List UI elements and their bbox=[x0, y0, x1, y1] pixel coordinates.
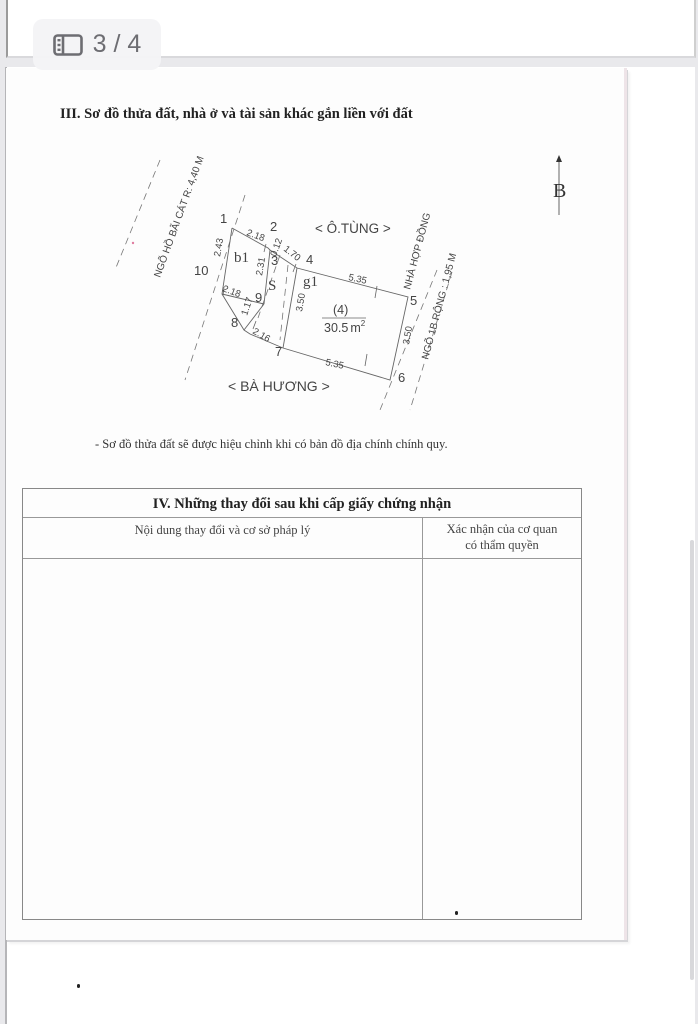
parcel-number: (4) bbox=[333, 303, 348, 317]
column-header-confirmation-line2: có thẩm quyền bbox=[423, 537, 581, 553]
column-header-content: Nội dung thay đổi và cơ sở pháp lý bbox=[23, 517, 423, 559]
point-1: 1 bbox=[220, 211, 227, 226]
parcel-area: 30.5m2 bbox=[324, 319, 366, 335]
point-9: 9 bbox=[255, 290, 262, 305]
zone-s: S bbox=[268, 278, 276, 294]
street-label-left: NGÕ HỒ BÃI CÁT R: 4,40 M bbox=[151, 154, 207, 279]
scrollbar[interactable] bbox=[690, 540, 694, 980]
diagram-footnote: - Sơ đồ thửa đất sẽ được hiệu chỉnh khi … bbox=[95, 437, 448, 452]
point-7: 7 bbox=[275, 344, 282, 359]
dim-1-2: 2.18 bbox=[245, 227, 266, 244]
column-header-confirmation: Xác nhận của cơ quan có thẩm quyền bbox=[423, 517, 581, 559]
street-label-top: < Ô.TÙNG > bbox=[315, 221, 391, 236]
street-label-bottom: < BÀ HƯƠNG > bbox=[228, 378, 330, 394]
dim-5-6: 3.50 bbox=[401, 325, 415, 345]
dim-10-1: 2.43 bbox=[212, 237, 226, 257]
street-label-right-top: NHÀ HỢP ĐỒNG bbox=[400, 211, 433, 291]
zone-b1: b1 bbox=[234, 250, 249, 266]
dim-3-9: 2.31 bbox=[254, 256, 268, 276]
dim-2-3: 0.12 bbox=[268, 237, 285, 258]
point-6: 6 bbox=[398, 370, 405, 385]
dim-6-7: 5.35 bbox=[324, 357, 344, 372]
zone-g1: g1 bbox=[303, 274, 318, 290]
point-10: 10 bbox=[194, 263, 208, 278]
dim-4-5: 5.35 bbox=[347, 272, 367, 287]
ink-speck bbox=[77, 984, 80, 988]
point-4: 4 bbox=[306, 252, 313, 267]
dim-3-4: 1.70 bbox=[281, 244, 302, 264]
point-5: 5 bbox=[410, 293, 417, 308]
section-4-title: IV. Những thay đổi sau khi cấp giấy chứn… bbox=[23, 489, 581, 518]
table-cell-content bbox=[23, 559, 423, 919]
ink-speck bbox=[455, 911, 458, 915]
dim-4-7: 3.50 bbox=[294, 292, 308, 312]
changes-table: IV. Những thay đổi sau khi cấp giấy chứn… bbox=[22, 488, 582, 920]
point-2: 2 bbox=[270, 219, 277, 234]
table-cell-confirmation bbox=[423, 559, 581, 919]
north-label: B bbox=[553, 180, 566, 203]
street-label-right: NGÕ 1B RỘNG : 1,95 M bbox=[418, 252, 459, 361]
column-header-confirmation-line1: Xác nhận của cơ quan bbox=[423, 521, 581, 537]
point-8: 8 bbox=[231, 315, 238, 330]
